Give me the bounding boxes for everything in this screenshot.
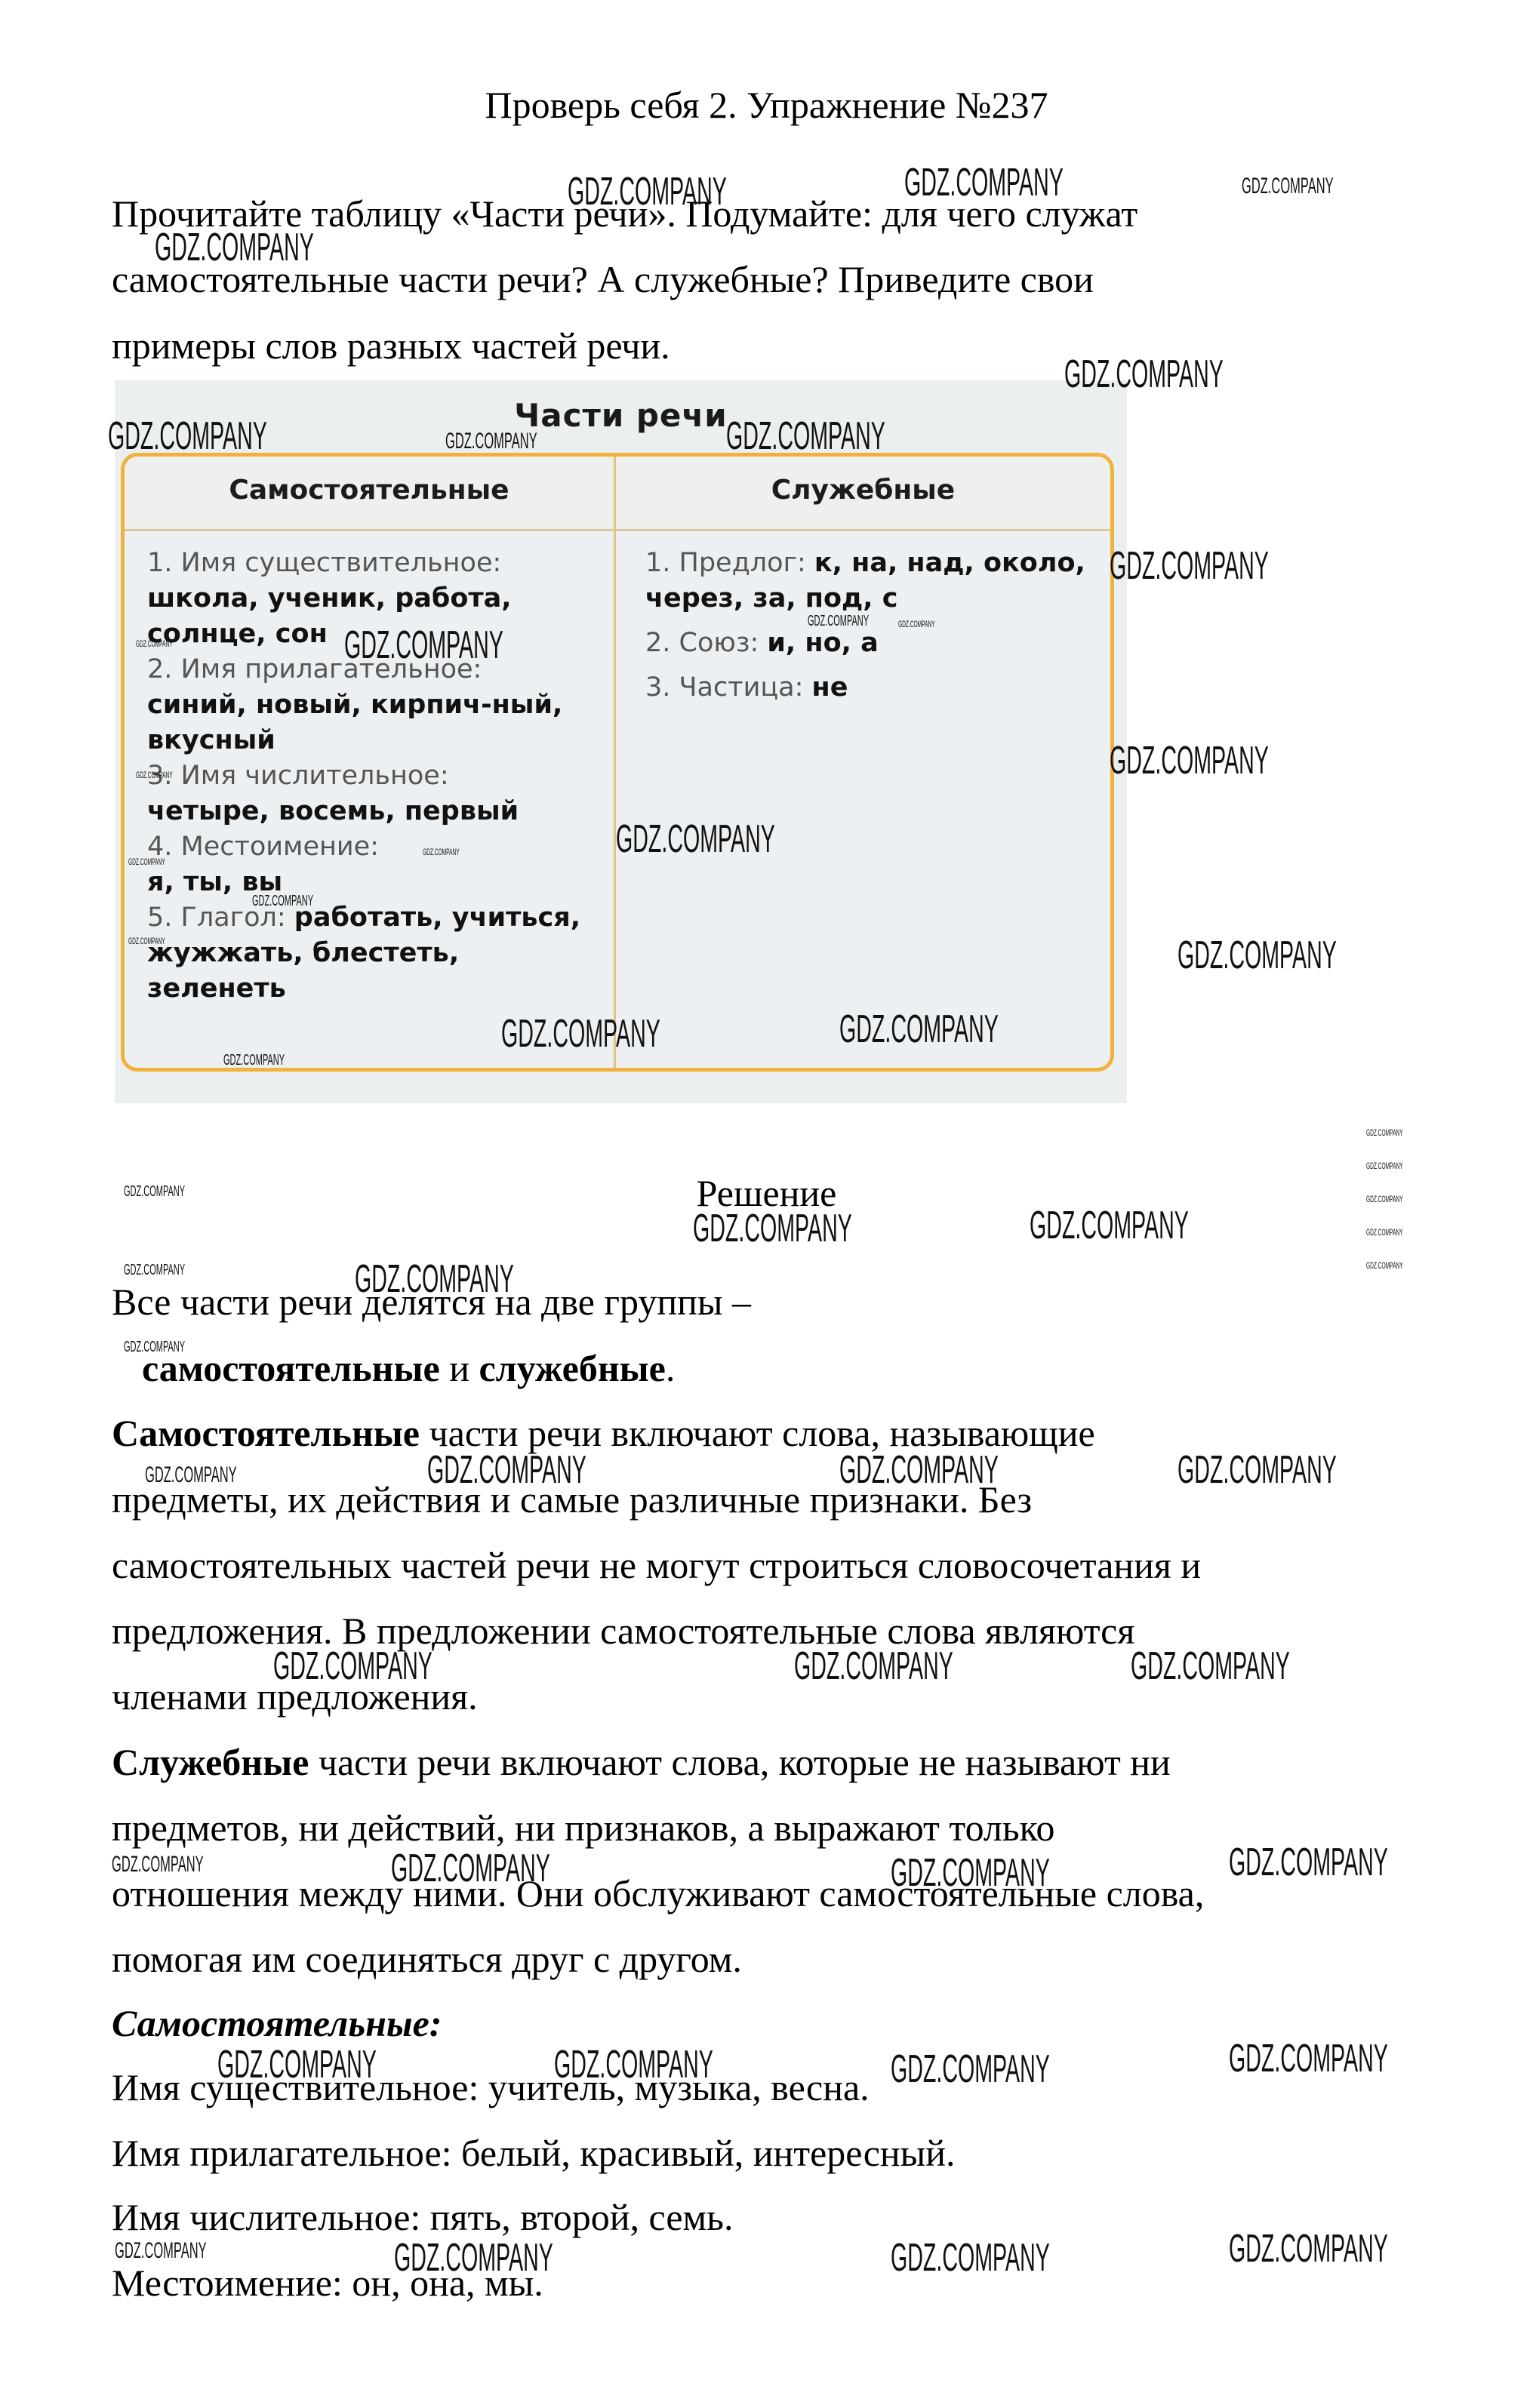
watermark: GDZ.COMPANY — [1030, 1203, 1189, 1248]
watermark: GDZ.COMPANY — [394, 2235, 553, 2280]
watermark: GDZ.COMPANY — [839, 1447, 999, 1493]
watermark: GDZ.COMPANY — [136, 638, 173, 649]
watermark: GDZ.COMPANY — [1366, 1194, 1403, 1204]
watermark: GDZ.COMPANY — [1177, 933, 1337, 978]
watermark: GDZ.COMPANY — [616, 817, 775, 862]
solution-line: самостоятельные и служебные. — [142, 1349, 675, 1387]
watermark: GDZ.COMPANY — [112, 1852, 204, 1878]
bold-term: Самостоятельные — [112, 1412, 420, 1454]
bold-term: служебные — [479, 1347, 665, 1389]
watermark: GDZ.COMPANY — [223, 1052, 285, 1069]
item-label: 2. Союз: — [645, 628, 759, 658]
watermark: GDZ.COMPANY — [427, 1447, 586, 1493]
table-box: Самостоятельные Служебные 1. Имя существ… — [121, 453, 1114, 1072]
watermark: GDZ.COMPANY — [124, 1262, 185, 1279]
watermark: GDZ.COMPANY — [1366, 1227, 1403, 1238]
watermark: GDZ.COMPANY — [568, 169, 727, 214]
watermark: GDZ.COMPANY — [391, 1846, 550, 1891]
watermark: GDZ.COMPANY — [423, 847, 460, 857]
table-item: 2. Имя прилагательное: синий, новый, кир… — [147, 652, 600, 758]
watermark: GDZ.COMPANY — [1366, 1161, 1403, 1171]
item-label: 3. Частица: — [645, 672, 803, 703]
solution-line: самостоятельных частей речи не могут стр… — [112, 1546, 1201, 1584]
watermark: GDZ.COMPANY — [124, 1339, 185, 1356]
item-examples: синий, новый, кирпич-ный, вкусный — [147, 690, 562, 755]
watermark: GDZ.COMPANY — [1229, 1840, 1388, 1885]
column-header-auxiliary: Служебные — [616, 475, 1110, 506]
task-line: примеры слов разных частей речи. — [112, 327, 670, 364]
solution-line: Служебные части речи включают слова, кот… — [112, 1743, 1171, 1781]
bold-term: Служебные — [112, 1741, 309, 1783]
item-label: 1. Имя существительное: — [147, 548, 501, 578]
watermark: GDZ.COMPANY — [217, 2042, 377, 2087]
column-header-independent: Самостоятельные — [125, 475, 614, 506]
watermark: GDZ.COMPANY — [794, 1644, 953, 1689]
watermark: GDZ.COMPANY — [128, 936, 165, 946]
example-line: Имя прилагательное: белый, красивый, инт… — [112, 2134, 956, 2172]
independent-column: 1. Имя существительное: школа, ученик, р… — [147, 546, 600, 1007]
table-header-row: Самостоятельные Служебные — [125, 457, 1110, 531]
watermark: GDZ.COMPANY — [108, 414, 267, 459]
watermark: GDZ.COMPANY — [693, 1206, 852, 1251]
bold-term: самостоятельные — [142, 1347, 440, 1389]
watermark: GDZ.COMPANY — [1229, 2036, 1388, 2081]
text: части речи включают слова, которые не на… — [309, 1741, 1170, 1783]
item-examples: и, но, а — [767, 628, 878, 658]
watermark: GDZ.COMPANY — [501, 1011, 660, 1056]
table-item: 1. Предлог: к, на, над, около, через, за… — [645, 546, 1098, 617]
watermark: GDZ.COMPANY — [1366, 1127, 1403, 1138]
watermark: GDZ.COMPANY — [1110, 543, 1269, 589]
item-examples: четыре, восемь, первый — [147, 796, 519, 826]
watermark: GDZ.COMPANY — [145, 1462, 237, 1488]
table-item: 5. Глагол: работать, учиться, жужжать, б… — [147, 900, 600, 1007]
watermark: GDZ.COMPANY — [273, 1644, 433, 1689]
examples-heading: Самостоятельные: — [112, 2004, 442, 2042]
watermark: GDZ.COMPANY — [1110, 738, 1269, 783]
watermark: GDZ.COMPANY — [808, 613, 869, 630]
watermark: GDZ.COMPANY — [1177, 1447, 1337, 1493]
table-item: 3. Имя числительное: четыре, восемь, пер… — [147, 758, 600, 829]
watermark: GDZ.COMPANY — [115, 2238, 207, 2264]
solution-line: помогая им соединяться друг с другом. — [112, 1940, 742, 1978]
watermark: GDZ.COMPANY — [355, 1256, 514, 1302]
watermark: GDZ.COMPANY — [891, 2047, 1050, 2092]
column-divider — [614, 457, 616, 1068]
solution-line: предложения. В предложении самостоятельн… — [112, 1612, 1134, 1650]
watermark: GDZ.COMPANY — [344, 623, 503, 668]
watermark: GDZ.COMPANY — [891, 1850, 1050, 1896]
solution-line: предметов, ни действий, ни признаков, а … — [112, 1809, 1054, 1847]
watermark: GDZ.COMPANY — [839, 1007, 999, 1052]
watermark: GDZ.COMPANY — [252, 893, 313, 910]
watermark: GDZ.COMPANY — [1229, 2226, 1388, 2271]
watermark: GDZ.COMPANY — [726, 414, 885, 459]
item-label: 1. Предлог: — [645, 548, 806, 578]
watermark: GDZ.COMPANY — [1242, 174, 1334, 199]
auxiliary-column: 1. Предлог: к, на, над, около, через, за… — [645, 546, 1098, 706]
watermark: GDZ.COMPANY — [891, 2235, 1050, 2280]
watermark: GDZ.COMPANY — [898, 619, 935, 629]
watermark: GDZ.COMPANY — [1064, 352, 1224, 397]
example-line: Имя числительное: пять, второй, семь. — [112, 2198, 733, 2236]
table-item: 2. Союз: и, но, а — [645, 626, 1098, 661]
text: и — [440, 1347, 479, 1389]
watermark: GDZ.COMPANY — [904, 160, 1064, 205]
table-item: 3. Частица: не — [645, 670, 1098, 706]
watermark: GDZ.COMPANY — [554, 2042, 713, 2087]
watermark: GDZ.COMPANY — [445, 429, 537, 454]
watermark: GDZ.COMPANY — [124, 1183, 185, 1201]
table-item: 4. Местоимение: я, ты, вы — [147, 829, 600, 900]
watermark: GDZ.COMPANY — [155, 225, 314, 270]
watermark: GDZ.COMPANY — [1366, 1260, 1403, 1271]
item-label: 3. Имя числительное: — [147, 761, 449, 791]
solution-line: Самостоятельные части речи включают слов… — [112, 1414, 1095, 1452]
watermark: GDZ.COMPANY — [128, 856, 165, 867]
text: . — [666, 1347, 676, 1389]
watermark: GDZ.COMPANY — [136, 770, 173, 780]
parts-of-speech-table-image: Части речи Самостоятельные Служебные 1. … — [115, 380, 1127, 1103]
item-examples: не — [812, 672, 848, 703]
watermark: GDZ.COMPANY — [1131, 1644, 1290, 1689]
item-label: 4. Местоимение: — [147, 832, 379, 862]
page-title: Проверь себя 2. Упражнение №237 — [0, 83, 1533, 127]
